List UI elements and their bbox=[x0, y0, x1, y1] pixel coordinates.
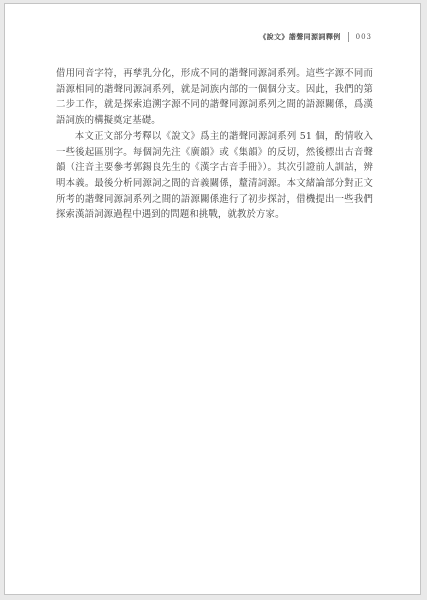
page-body: 借用同音字符，再孳乳分化，形成不同的諧聲同源詞系列。這些字源不同而語源相同的諧聲… bbox=[56, 66, 373, 223]
paragraph: 借用同音字符，再孳乳分化，形成不同的諧聲同源詞系列。這些字源不同而語源相同的諧聲… bbox=[56, 66, 373, 129]
header-divider bbox=[348, 32, 349, 42]
document-page: 《說文》諧聲同源詞釋例 003 借用同音字符，再孳乳分化，形成不同的諧聲同源詞系… bbox=[4, 3, 421, 595]
page-number: 003 bbox=[356, 33, 372, 41]
paragraph: 本文正文部分考釋以《說文》爲主的諧聲同源詞系列 51 個，酌情收入一些後起區別字… bbox=[56, 129, 373, 223]
running-header: 《說文》諧聲同源詞釋例 003 bbox=[259, 32, 372, 42]
running-header-title: 《說文》諧聲同源詞釋例 bbox=[259, 32, 340, 42]
document-viewer: 《說文》諧聲同源詞釋例 003 借用同音字符，再孳乳分化，形成不同的諧聲同源詞系… bbox=[0, 0, 427, 600]
